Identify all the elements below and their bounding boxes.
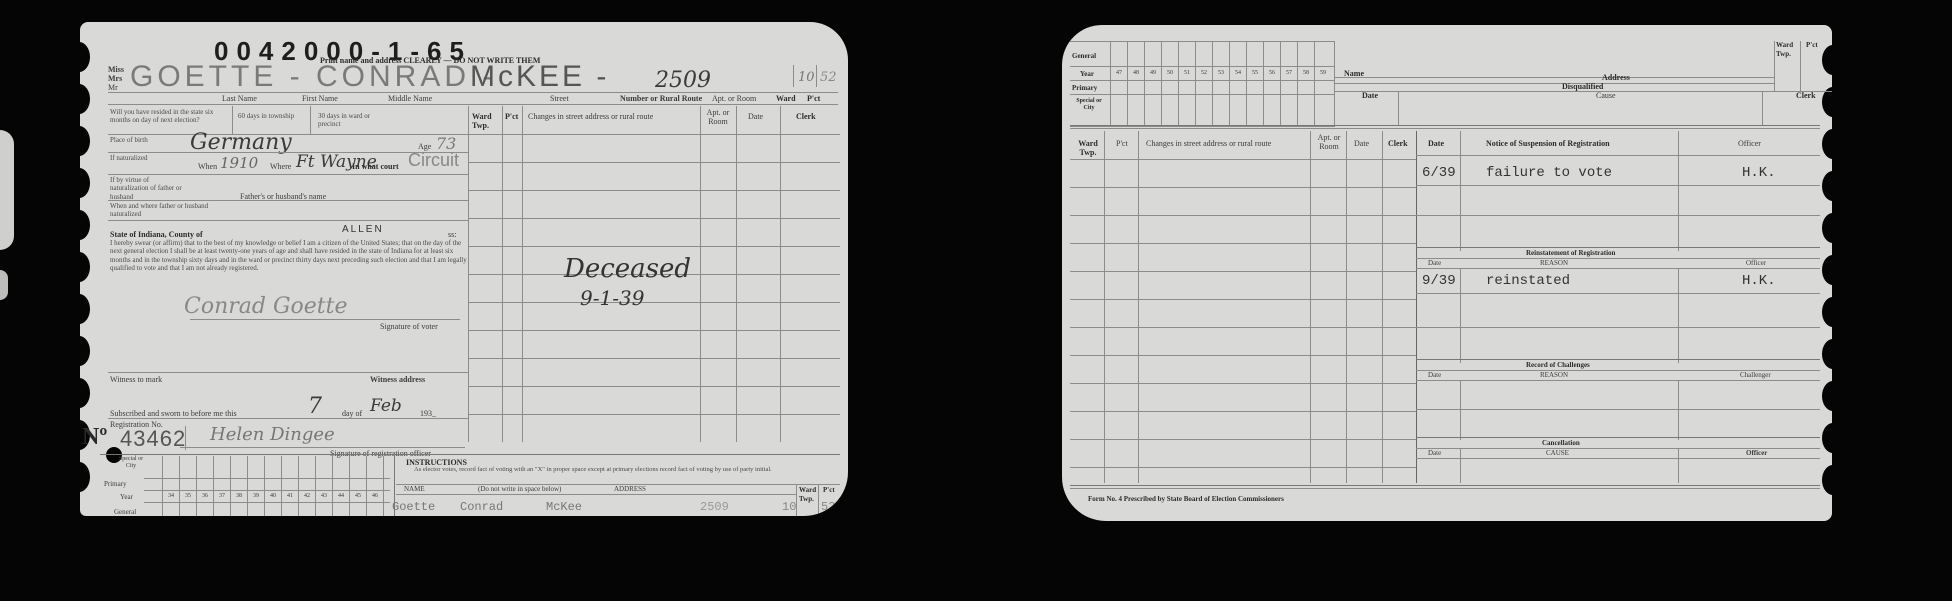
challenges-challenger-header: Challenger (1740, 371, 1771, 380)
year-cell: 51 (1180, 70, 1194, 76)
year-cell: 54 (1231, 70, 1245, 76)
year-cell: 58 (1299, 70, 1313, 76)
label-pct: P'ct (807, 94, 820, 103)
year-cell: 45 (351, 493, 365, 499)
voter-signature: Conrad Goette (184, 294, 348, 319)
title-prefixes: Miss Mrs Mr (108, 65, 124, 92)
stub-first-name: Conrad (460, 500, 503, 514)
stub-ward: 10 (782, 500, 796, 514)
year-cell: 36 (198, 493, 212, 499)
disqualified-label: Disqualified (1562, 82, 1603, 91)
label-ward: Ward (776, 94, 796, 103)
col-pct: P'ct (1116, 139, 1128, 148)
card-edge-notch (80, 294, 90, 324)
stub-pct: 52 (821, 500, 835, 514)
stub-last-name: Goette (392, 500, 435, 514)
address-label: Address (1602, 73, 1630, 82)
father-where-label: When and where father or husband natural… (110, 202, 210, 219)
deceased-note: Deceased (564, 254, 691, 284)
day-value: 7 (308, 394, 322, 419)
year-cell: 46 (368, 493, 382, 499)
stub-do-not-write: (Do not write in space below) (478, 485, 561, 494)
card-edge-notch (80, 378, 90, 408)
vote-grid-back: General Year Primary Special or City 47 … (1070, 41, 1335, 127)
card-edge-notch (80, 210, 90, 240)
naturalized-label: If naturalized (110, 154, 150, 162)
stub-ward-label: Ward Twp. (799, 486, 817, 504)
label-street: Street (550, 94, 569, 103)
cancellation-officer-header: Officer (1746, 449, 1767, 458)
year-cell: 39 (249, 493, 263, 499)
reinstatement-date-header: Date (1428, 259, 1441, 268)
row-year: Year (1080, 70, 1094, 79)
row-year: Year (120, 493, 133, 502)
disqualified-date-label: Date (1362, 91, 1378, 100)
card-edge-notch (80, 42, 90, 72)
township-question: 60 days in township (238, 112, 298, 120)
card-edge-notch (1822, 465, 1832, 495)
card-edge-notch (80, 252, 90, 282)
reinstatement-reason-header: REASON (1540, 259, 1568, 268)
suspension-title: Notice of Suspension of Registration (1486, 139, 1610, 148)
deceased-date: 9-1-39 (580, 286, 644, 310)
year-cell: 34 (164, 493, 178, 499)
year-cell: 35 (181, 493, 195, 499)
challenges-date-header: Date (1428, 371, 1441, 380)
cause-label: Cause (1596, 91, 1616, 100)
voter-signature-label: Signature of voter (380, 322, 438, 331)
oath-text: I hereby swear (or affirm) that to the b… (110, 239, 468, 272)
pct-label-back: P'ct (1806, 41, 1818, 50)
challenges-title: Record of Challenges (1526, 361, 1590, 370)
row-primary: Primary (1072, 84, 1097, 93)
year-cell: 37 (215, 493, 229, 499)
card-edge-notch (1822, 297, 1832, 327)
card-edge-notch (80, 126, 90, 156)
street-handwritten: McKEE - (470, 60, 609, 94)
subscribed-label: Subscribed and sworn to before me this (110, 409, 237, 418)
col-changes: Changes in street address or rural route (528, 112, 653, 121)
registration-number: 43462 (120, 426, 186, 452)
oath-ss: ss: (448, 230, 456, 239)
year-cell: 47 (1112, 70, 1126, 76)
when-value: 1910 (220, 154, 258, 172)
registration-card-back: General Year Primary Special or City 47 … (1062, 25, 1832, 521)
card-edge-notch (1822, 255, 1832, 285)
label-apt: Apt. or Room (712, 94, 756, 103)
reinstatement-officer: H.K. (1742, 273, 1776, 289)
year-value: 193_ (420, 409, 436, 418)
day-of-label: day of (342, 409, 362, 418)
card-edge-notch (1822, 381, 1832, 411)
year-cell: 55 (1248, 70, 1262, 76)
address-change-table-back: Ward Twp. P'ct Changes in street address… (1070, 131, 1416, 483)
suspension-date-header: Date (1428, 139, 1444, 148)
label-first-name: First Name (302, 94, 338, 103)
instructions-text: As elector votes, record fact of voting … (414, 466, 834, 474)
stub-street: McKee (546, 500, 582, 514)
row-special: Special or City (1074, 98, 1104, 112)
label-number: Number or Rural Route (620, 94, 702, 103)
row-general: General (1072, 52, 1096, 61)
year-cell: 56 (1265, 70, 1279, 76)
adjacent-card-fragment-small (0, 270, 8, 300)
stub-address-label: ADDRESS (614, 485, 646, 494)
card-edge-notch (1822, 129, 1832, 159)
officer-signature: Helen Dingee (210, 424, 335, 445)
year-cell: 38 (232, 493, 246, 499)
label-last-name: Last Name (222, 94, 257, 103)
col-date: Date (748, 112, 763, 121)
card-edge-notch (1822, 339, 1832, 369)
birthplace-label: Place of birth (110, 136, 150, 144)
form-footer: Form No. 4 Prescribed by State Board of … (1088, 495, 1284, 504)
cancellation-cause-header: CAUSE (1546, 449, 1569, 458)
col-ward: Ward Twp. (472, 112, 500, 130)
col-clerk: Clerk (1388, 139, 1408, 148)
cancellation-date-header: Date (1428, 449, 1441, 458)
virtue-label: If by virtue of naturalization of father… (110, 176, 186, 201)
year-cell: 52 (1197, 70, 1211, 76)
residence-question: Will you have resided in the state six m… (110, 108, 220, 125)
card-edge-notch (1822, 213, 1832, 243)
where-label: Where (270, 162, 291, 171)
col-changes: Changes in street address or rural route (1146, 139, 1271, 148)
stub-pct-label: P'ct (823, 486, 835, 495)
year-cell: 41 (283, 493, 297, 499)
label-middle-name: Middle Name (388, 94, 432, 103)
row-special: Special or City (116, 456, 146, 470)
stub-name-label: NAME (404, 485, 425, 494)
card-edge-notch (80, 336, 90, 366)
ward-question: 30 days in ward or precinct (318, 112, 388, 129)
year-cell: 49 (1146, 70, 1160, 76)
col-apt: Apt. or Room (1314, 133, 1344, 151)
stub-number: 2509 (700, 500, 729, 514)
name-handwritten: GOETTE - CONRAD - (130, 60, 496, 94)
col-date: Date (1354, 139, 1369, 148)
adjacent-card-fragment (0, 130, 14, 250)
month-value: Feb (370, 396, 402, 416)
col-ward: Ward Twp. (1076, 139, 1100, 157)
address-change-table: Ward Twp. P'ct Changes in street address… (468, 106, 840, 442)
card-edge-notch (1822, 423, 1832, 453)
ward-label-back: Ward Twp. (1776, 41, 1798, 59)
year-cell: 48 (1129, 70, 1143, 76)
card-edge-notch (80, 168, 90, 198)
witness-address-label: Witness address (370, 375, 425, 384)
registration-card-front: 0042000-1-65 Print name and address CLEA… (80, 22, 848, 516)
col-pct: P'ct (505, 112, 518, 121)
reinstatement-title: Reinstatement of Registration (1526, 249, 1615, 258)
year-cell: 57 (1282, 70, 1296, 76)
year-cell: 53 (1214, 70, 1228, 76)
house-number-handwritten: 2509 (655, 68, 711, 93)
when-label: When (198, 162, 217, 171)
court-value: Circuit (408, 150, 459, 171)
reinstatement-reason: reinstated (1486, 273, 1570, 289)
status-records: Date Notice of Suspension of Registratio… (1416, 131, 1820, 483)
col-clerk: Clerk (796, 112, 816, 121)
year-cell: 42 (300, 493, 314, 499)
challenges-reason-header: REASON (1540, 371, 1568, 380)
county-value: ALLEN (342, 224, 384, 235)
year-cell: 59 (1316, 70, 1330, 76)
card-edge-notch (80, 84, 90, 114)
witness-mark-label: Witness to mark (110, 375, 162, 384)
suspension-reason: failure to vote (1486, 165, 1612, 181)
vote-grid: Special or City Primary Year General 34 … (100, 456, 394, 516)
ward-handwritten: 10 (798, 70, 815, 85)
year-cell: 44 (334, 493, 348, 499)
year-cell: 50 (1163, 70, 1177, 76)
col-apt: Apt. or Room (704, 108, 732, 126)
suspension-officer: H.K. (1742, 165, 1776, 181)
number-symbol: Nº (82, 424, 107, 450)
card-edge-notch (1822, 171, 1832, 201)
court-label: In what court (352, 162, 399, 171)
year-cell: 40 (266, 493, 280, 499)
cancellation-title: Cancellation (1542, 439, 1580, 448)
year-cell: 43 (317, 493, 331, 499)
row-primary: Primary (104, 480, 127, 489)
reinstatement-date: 9/39 (1422, 273, 1456, 289)
card-edge-notch (1822, 45, 1832, 75)
clerk-label: Clerk (1796, 91, 1816, 100)
oath-heading: State of Indiana, County of (110, 230, 203, 239)
row-general: General (114, 508, 136, 516)
card-edge-notch (80, 462, 90, 492)
reinstatement-officer-header: Officer (1746, 259, 1766, 268)
pct-handwritten: 52 (820, 70, 837, 85)
suspension-date: 6/39 (1422, 165, 1456, 181)
suspension-officer-header: Officer (1738, 139, 1761, 148)
